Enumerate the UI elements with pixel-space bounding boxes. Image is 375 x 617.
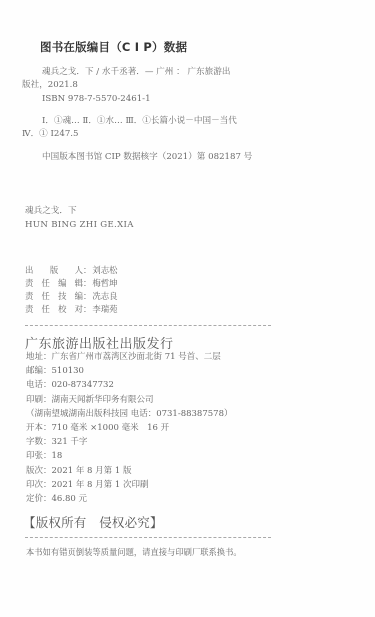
phone: 电话：020-87347732 [26,378,232,392]
word-count: 字数：321 千字 [26,435,232,449]
cip-classification-line2: Ⅳ．① I247.5 [22,128,79,141]
staff-label: 责任校对 [25,303,83,316]
cip-heading: 图书在版编目（C I P）数据 [40,39,187,55]
printing: 印次：2021 年 8 月第 1 次印刷 [26,478,232,492]
divider-top [25,325,271,326]
imprint-details: 地址：广东省广州市荔湾区沙面北街 71 号首、二层 邮编：510130 电话：0… [26,350,232,506]
staff-label: 出版人 [25,264,83,277]
price: 定价：46.80 元 [26,492,232,506]
publisher-address: 地址：广东省广州市荔湾区沙面北街 71 号首、二层 [26,350,232,364]
staff-row-editor: 责任编辑 ： 梅哲坤 [25,277,118,290]
staff-label: 责任编辑 [25,277,83,290]
staff-label: 责任技编 [25,290,83,303]
staff-value: 李瑞苑 [92,303,117,316]
staff-row-technical-editor: 责任技编 ： 冼志良 [25,290,118,303]
printed-sheets: 印张：18 [26,449,232,463]
printer: 印刷：湖南天闻新华印务有限公司 [26,393,232,407]
cip-isbn: ISBN 978-7-5570-2461-1 [42,93,151,106]
edition: 版次：2021 年 8 月第 1 版 [26,464,232,478]
staff-credits: 出版人 ： 刘志松 责任编辑 ： 梅哲坤 责任技编 ： 冼志良 责任校对 ： 李… [25,264,118,316]
book-title-pinyin: HUN BING ZHI GE.XIA [25,219,134,232]
copyright-page: 图书在版编目（C I P）数据 魂兵之戈．下 / 水千丞著．— 广州 ： 广东旅… [0,0,375,617]
staff-row-publisher: 出版人 ： 刘志松 [25,264,118,277]
staff-value: 梅哲坤 [92,277,117,290]
cip-classification-line1: Ⅰ．①魂… Ⅱ．①水… Ⅲ．①长篇小说－中国－当代 [42,115,237,128]
divider-bottom [25,537,271,538]
printer-address: （湖南望城湖南出版科技园 电话：0731-88387578） [26,407,232,421]
cip-approval-number: 中国版本图书馆 CIP 数据核字（2021）第 082187 号 [42,151,252,164]
postcode: 邮编：510130 [26,364,232,378]
copyright-notice: 【版权所有 侵权必究】 [23,513,163,531]
format: 开本：710 毫米 ×1000 毫米 16 开 [26,421,232,435]
book-title-chinese: 魂兵之戈．下 [25,205,77,218]
cip-entry-line2: 版社，2021.8 [22,79,78,92]
staff-row-proofreader: 责任校对 ： 李瑞苑 [25,303,118,316]
staff-value: 刘志松 [92,264,117,277]
staff-value: 冼志良 [92,290,117,303]
quality-notice: 本书如有错页倒装等质量问题，请直接与印刷厂联系换书。 [26,546,242,558]
cip-entry-line1: 魂兵之戈．下 / 水千丞著．— 广州 ： 广东旅游出 [42,66,230,79]
